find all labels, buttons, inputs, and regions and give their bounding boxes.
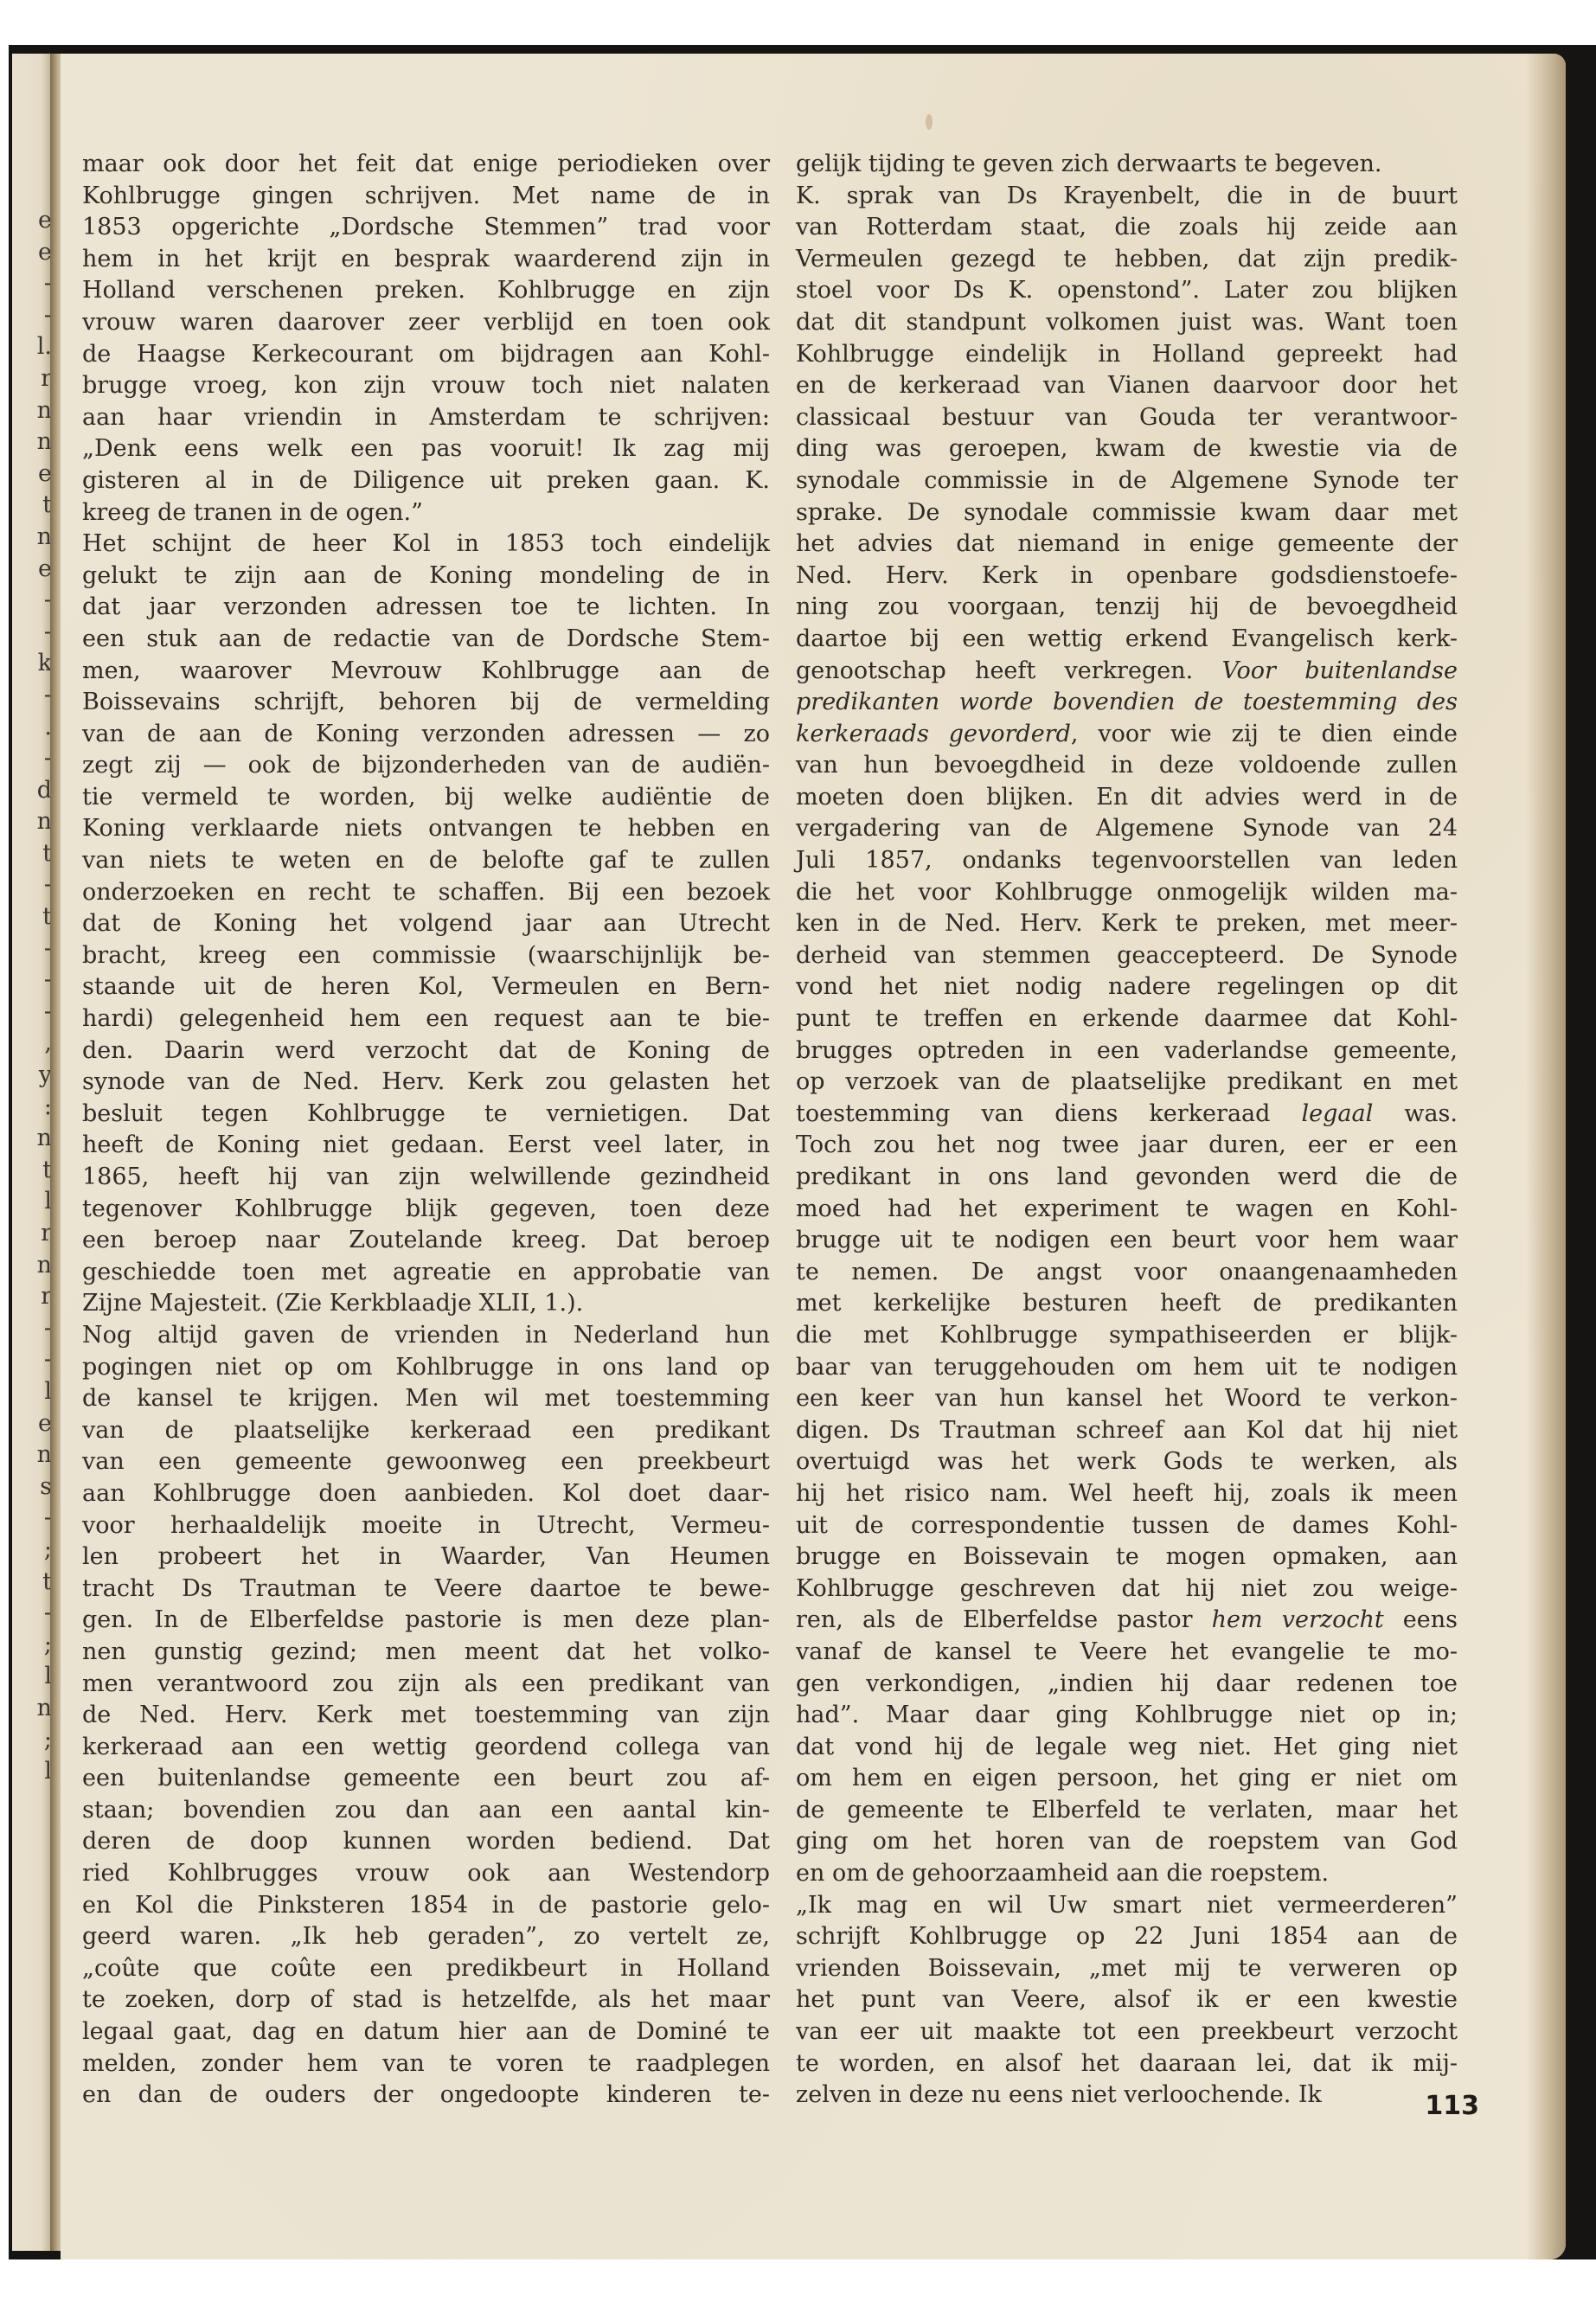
text-line: dat de Koning het volgend jaar aan Utrec…: [82, 908, 770, 940]
text-line-content: bracht, kreeg een commissie (waarschijnl…: [82, 942, 770, 969]
text-line-content: het punt van Veere, alsof ik er een kwes…: [796, 1986, 1458, 2013]
text-line-content: staan; bovendien zou dan aan een aantal …: [82, 1797, 770, 1823]
text-line-content: classicaal bestuur van Gouda ter verantw…: [796, 404, 1458, 431]
text-line: een stuk aan de redactie van de Dordsche…: [82, 624, 770, 656]
text-line-content: Toch zou het nog twee jaar duren, eer er…: [796, 1131, 1458, 1158]
text-line: en om de gehoorzaamheid aan die roepstem…: [796, 1858, 1458, 1890]
text-line: nen gunstig gezind; men meent dat het vo…: [82, 1637, 770, 1669]
text-line-content: van hun bevoegdheid in deze voldoende zu…: [796, 752, 1458, 779]
text-line: vergadering van de Algemene Synode van 2…: [796, 813, 1458, 845]
text-line-content: van de aan de Koning verzonden adressen …: [82, 721, 770, 747]
page-edge-shadow: [1526, 54, 1566, 2259]
text-line: dat dit standpunt volkomen juist was. Wa…: [796, 307, 1458, 339]
text-line-content: een buitenlandse gemeente een beurt zou …: [82, 1765, 770, 1791]
text-line-content: de Haagse Kerkecourant om bijdragen aan …: [82, 341, 770, 368]
text-line: overtuigd was het werk Gods te werken, a…: [796, 1446, 1458, 1478]
text-line-content: ging om het horen van de roepstem van Go…: [796, 1828, 1458, 1855]
text-line: de Haagse Kerkecourant om bijdragen aan …: [82, 339, 770, 371]
text-line: gelijk tijding te geven zich derwaarts t…: [796, 149, 1458, 181]
text-line: brugges optreden in een vaderlandse geme…: [796, 1035, 1458, 1067]
text-line-content: die met Kohlbrugge sympathiseerden er bl…: [796, 1322, 1458, 1349]
emphasis-text: hem verzocht: [1212, 1606, 1384, 1633]
text-line: kerkeraads gevorderd, voor wie zij te di…: [796, 719, 1458, 751]
text-line-content: synodale commissie in de Algemene Synode…: [796, 467, 1458, 494]
text-line-content: derheid van stemmen geaccepteerd. De Syn…: [796, 942, 1458, 969]
text-line-content: vrienden Boissevain, „met mij te verwere…: [796, 1955, 1458, 1982]
text-line: „coûte que coûte een predikbeurt in Holl…: [82, 1953, 770, 1985]
text-line: een keer van hun kansel het Woord te ver…: [796, 1383, 1458, 1415]
text-line-content: vergadering van de Algemene Synode van 2…: [796, 815, 1458, 842]
text-line: toestemming van diens kerkeraad legaal w…: [796, 1099, 1458, 1131]
text-line-content: besluit tegen Kohlbrugge te vernietigen.…: [82, 1100, 770, 1127]
text-line-content: tegenover Kohlbrugge blijk gegeven, toen…: [82, 1195, 770, 1222]
text-line: die het voor Kohlbrugge onmogelijk wilde…: [796, 877, 1458, 909]
text-line-content: van Rotterdam staat, die zoals hij zeide…: [796, 214, 1458, 240]
text-line: met kerkelijke besturen heeft de predika…: [796, 1288, 1458, 1320]
text-line-content: Kohlbrugge geschreven dat hij niet zou w…: [796, 1575, 1458, 1602]
text-line-content: brugge vroeg, kon zijn vrouw toch niet n…: [82, 372, 770, 399]
text-line-content: de gemeente te Elberfeld te verlaten, ma…: [796, 1797, 1458, 1823]
text-line: staan; bovendien zou dan aan een aantal …: [82, 1795, 770, 1827]
text-line-content: Kohlbrugge gingen schrijven. Met name de…: [82, 183, 770, 209]
text-line-content: ried Kohlbrugges vrouw ook aan Westendor…: [82, 1860, 770, 1887]
right-text-column: gelijk tijding te geven zich derwaarts t…: [796, 149, 1458, 2112]
text-line: van niets te weten en de belofte gaf te …: [82, 845, 770, 877]
text-line: uit de correspondentie tussen de dames K…: [796, 1510, 1458, 1542]
text-line: brugge vroeg, kon zijn vrouw toch niet n…: [82, 370, 770, 402]
text-line-content: predikant in ons land gevonden werd die …: [796, 1163, 1458, 1190]
text-line-content: „Ik mag en wil Uw smart niet vermeerdere…: [796, 1892, 1458, 1919]
text-line: van de plaatselijke kerkeraad een predik…: [82, 1415, 770, 1447]
text-line: gelukt te zijn aan de Koning mondeling d…: [82, 561, 770, 593]
text-line-content: gelukt te zijn aan de Koning mondeling d…: [82, 562, 770, 589]
text-line: een beroep naar Zoutelande kreeg. Dat be…: [82, 1225, 770, 1257]
text-line: sprake. De synodale commissie kwam daar …: [796, 497, 1458, 529]
text-line: men verantwoord zou zijn als een predika…: [82, 1669, 770, 1701]
text-line: heeft de Koning niet gedaan. Eerst veel …: [82, 1130, 770, 1162]
text-line: de kansel te krijgen. Men wil met toeste…: [82, 1383, 770, 1415]
text-line: schrijft Kohlbrugge op 22 Juni 1854 aan …: [796, 1921, 1458, 1953]
text-fragment: , voor wie zij te dien einde: [1071, 721, 1458, 747]
text-line: aan Kohlbrugge doen aanbieden. Kol doet …: [82, 1478, 770, 1510]
text-line: Zijne Majesteit. (Zie Kerkblaadje XLII, …: [82, 1288, 770, 1320]
text-line: Ned. Herv. Kerk in openbare godsdienstoe…: [796, 561, 1458, 593]
text-line: Het schijnt de heer Kol in 1853 toch ein…: [82, 529, 770, 561]
text-line-content: te nemen. De angst voor onaangenaamheden: [796, 1259, 1458, 1285]
text-line-content: gisteren al in de Diligence uit preken g…: [82, 467, 770, 494]
text-line: tracht Ds Trautman te Veere daartoe te b…: [82, 1574, 770, 1606]
text-line-content: Nog altijd gaven de vrienden in Nederlan…: [82, 1322, 770, 1349]
text-line: predikanten worde bovendien de toestemmi…: [796, 687, 1458, 719]
text-line-content: 1853 opgerichte „Dordsche Stemmen” trad …: [82, 214, 770, 240]
text-line-content: zegt zij — ook de bijzonderheden van de …: [82, 752, 770, 779]
text-line-content: deren de doop kunnen worden bediend. Dat: [82, 1828, 770, 1855]
text-line: predikant in ons land gevonden werd die …: [796, 1162, 1458, 1194]
text-line-content: pogingen niet op om Kohlbrugge in ons la…: [82, 1354, 770, 1381]
text-line: dat jaar verzonden adressen toe te licht…: [82, 592, 770, 624]
text-line: Kohlbrugge geschreven dat hij niet zou w…: [796, 1574, 1458, 1606]
text-line: bracht, kreeg een commissie (waarschijnl…: [82, 940, 770, 972]
text-line: synodale commissie in de Algemene Synode…: [796, 465, 1458, 497]
text-line-content: om hem en eigen persoon, het ging er nie…: [796, 1765, 1458, 1791]
text-line: het punt van Veere, alsof ik er een kwes…: [796, 1984, 1458, 2016]
text-line-content: len probeert het in Waarder, Van Heumen: [82, 1543, 770, 1570]
text-line: Boissevains schrijft, behoren bij de ver…: [82, 687, 770, 719]
text-line: stoel voor Ds K. openstond”. Later zou b…: [796, 275, 1458, 307]
text-line-content: geerd waren. „Ik heb geraden”, zo vertel…: [82, 1923, 770, 1950]
text-line-content: zelven in deze nu eens niet verloochende…: [796, 2081, 1322, 2108]
text-line-content: heeft de Koning niet gedaan. Eerst veel …: [82, 1131, 770, 1158]
text-line-content: punt te treffen en erkende daarmee dat K…: [796, 1005, 1458, 1032]
text-line-content: „coûte que coûte een predikbeurt in Holl…: [82, 1955, 770, 1982]
text-line-content: dat de Koning het volgend jaar aan Utrec…: [82, 910, 770, 937]
book-page: maar ook door het feit dat enige periodi…: [61, 54, 1566, 2259]
text-line: om hem en eigen persoon, het ging er nie…: [796, 1763, 1458, 1795]
text-line: legaal gaat, dag en datum hier aan de Do…: [82, 2016, 770, 2048]
text-fragment: eens: [1384, 1606, 1458, 1633]
text-line: 1865, heeft hij van zijn welwillende gez…: [82, 1162, 770, 1194]
text-line: zegt zij — ook de bijzonderheden van de …: [82, 750, 770, 782]
text-line-content: „Denk eens welk een pas vooruit! Ik zag …: [82, 435, 770, 462]
text-line: baar van teruggehouden om hem uit te nod…: [796, 1352, 1458, 1384]
text-line: maar ook door het feit dat enige periodi…: [82, 149, 770, 181]
text-line-content: brugges optreden in een vaderlandse geme…: [796, 1037, 1458, 1064]
text-line-content: gen verkondigen, „indien hij daar redene…: [796, 1670, 1458, 1697]
text-line: deren de doop kunnen worden bediend. Dat: [82, 1826, 770, 1858]
text-line-content: ning zou voorgaan, tenzij hij de bevoegd…: [796, 593, 1458, 620]
text-line-content: ding was geroepen, kwam de kwestie via d…: [796, 435, 1458, 462]
text-line-content: Boissevains schrijft, behoren bij de ver…: [82, 689, 770, 715]
text-line-content: Koning verklaarde niets ontvangen te heb…: [82, 815, 770, 842]
text-line: ken in de Ned. Herv. Kerk te preken, met…: [796, 908, 1458, 940]
text-line-content: toestemming van diens kerkeraad: [796, 1100, 1302, 1127]
text-line: dat vond hij de legale weg niet. Het gin…: [796, 1732, 1458, 1764]
text-line-content: brugge uit te nodigen een beurt voor hem…: [796, 1227, 1458, 1253]
facing-page-margin-fragments: e e - - l. r n n e t n e - - k - . - d n…: [26, 205, 52, 1788]
text-line-content: van een gemeente gewoonweg een preekbeur…: [82, 1448, 770, 1475]
text-line-content: men verantwoord zou zijn als een predika…: [82, 1670, 770, 1697]
text-line-content: en dan de ouders der ongedoopte kinderen…: [82, 2081, 770, 2108]
text-line: Juli 1857, ondanks tegenvoorstellen van …: [796, 845, 1458, 877]
text-line: gen verkondigen, „indien hij daar redene…: [796, 1669, 1458, 1701]
text-line: den. Daarin werd verzocht dat de Koning …: [82, 1035, 770, 1067]
text-line-content: vrouw waren daarover zeer verblijd en to…: [82, 309, 770, 336]
text-line: en Kol die Pinksteren 1854 in de pastori…: [82, 1890, 770, 1922]
text-line: men, waarover Mevrouw Kohlbrugge aan de: [82, 656, 770, 688]
text-line-content: legaal gaat, dag en datum hier aan de Do…: [82, 2018, 770, 2045]
text-line: vond het niet nodig nadere regelingen op…: [796, 971, 1458, 1003]
text-line-content: ren, als de Elberfeldse pastor: [796, 1606, 1212, 1633]
text-line-content: tracht Ds Trautman te Veere daartoe te b…: [82, 1575, 770, 1602]
text-line: K. sprak van Ds Krayenbelt, die in de bu…: [796, 181, 1458, 213]
text-line-content: vond het niet nodig nadere regelingen op…: [796, 973, 1458, 1000]
text-line: punt te treffen en erkende daarmee dat K…: [796, 1003, 1458, 1035]
text-line-content: met kerkelijke besturen heeft de predika…: [796, 1290, 1458, 1317]
text-line: tegenover Kohlbrugge blijk gegeven, toen…: [82, 1194, 770, 1226]
text-line: Toch zou het nog twee jaar duren, eer er…: [796, 1130, 1458, 1162]
text-line: tie vermeld te worden, bij welke audiënt…: [82, 782, 770, 814]
text-line-content: tie vermeld te worden, bij welke audiënt…: [82, 784, 770, 811]
text-line-content: den. Daarin werd verzocht dat de Koning …: [82, 1037, 770, 1064]
text-line: Vermeulen gezegd te hebben, dat zijn pre…: [796, 244, 1458, 276]
text-line: Kohlbrugge eindelijk in Holland gepreekt…: [796, 339, 1458, 371]
text-line-content: te worden, en alsof het daaraan lei, dat…: [796, 2050, 1458, 2077]
text-line: derheid van stemmen geaccepteerd. De Syn…: [796, 940, 1458, 972]
text-line: kerkeraad aan een wettig geordend colleg…: [82, 1732, 770, 1764]
text-line: melden, zonder hem van te voren te raadp…: [82, 2048, 770, 2080]
text-line: Nog altijd gaven de vrienden in Nederlan…: [82, 1320, 770, 1352]
text-line: op verzoek van de plaatselijke predikant…: [796, 1067, 1458, 1099]
text-line-content: en de kerkeraad van Vianen daarvoor door…: [796, 372, 1458, 399]
text-line-content: staande uit de heren Kol, Vermeulen en B…: [82, 973, 770, 1000]
text-line-content: het advies dat niemand in enige gemeente…: [796, 530, 1458, 557]
text-line: van hun bevoegdheid in deze voldoende zu…: [796, 750, 1458, 782]
text-line: ren, als de Elberfeldse pastor hem verzo…: [796, 1605, 1458, 1637]
text-line: brugge uit te nodigen een beurt voor hem…: [796, 1225, 1458, 1257]
text-line: moeten doen blijken. En dit advies werd …: [796, 782, 1458, 814]
emphasis-text: Voor buitenlandse: [1221, 657, 1458, 684]
text-line: en dan de ouders der ongedoopte kinderen…: [82, 2080, 770, 2112]
text-line-content: die het voor Kohlbrugge onmogelijk wilde…: [796, 879, 1458, 906]
text-line-content: men, waarover Mevrouw Kohlbrugge aan de: [82, 657, 770, 684]
text-line: had”. Maar daar ging Kohlbrugge niet op …: [796, 1700, 1458, 1732]
text-line-content: een beroep naar Zoutelande kreeg. Dat be…: [82, 1227, 770, 1253]
text-line-content: Zijne Majesteit. (Zie Kerkblaadje XLII, …: [82, 1290, 583, 1317]
text-line: ning zou voorgaan, tenzij hij de bevoegd…: [796, 592, 1458, 624]
text-line: te nemen. De angst voor onaangenaamheden: [796, 1257, 1458, 1289]
text-line-content: en om de gehoorzaamheid aan die roepstem…: [796, 1860, 1329, 1887]
text-line: besluit tegen Kohlbrugge te vernietigen.…: [82, 1099, 770, 1131]
text-line: te worden, en alsof het daaraan lei, dat…: [796, 2048, 1458, 2080]
page-number: 113: [1425, 2091, 1479, 2121]
text-line-content: Vermeulen gezegd te hebben, dat zijn pre…: [796, 246, 1458, 272]
text-line: kreeg de tranen in de ogen.”: [82, 497, 770, 529]
text-line-content: sprake. De synodale commissie kwam daar …: [796, 499, 1458, 526]
text-line-content: Kohlbrugge eindelijk in Holland gepreekt…: [796, 341, 1458, 368]
text-line-content: voor herhaaldelijk moeite in Utrecht, Ve…: [82, 1512, 770, 1539]
text-line-content: synode van de Ned. Herv. Kerk zou gelast…: [82, 1068, 770, 1095]
text-line-content: van eer uit maakte tot een preekbeurt ve…: [796, 2018, 1458, 2045]
text-line: „Ik mag en wil Uw smart niet vermeerdere…: [796, 1890, 1458, 1922]
text-line: van een gemeente gewoonweg een preekbeur…: [82, 1446, 770, 1478]
text-line-content: hardi) gelegenheid hem een request aan t…: [82, 1005, 770, 1032]
text-line: genootschap heeft verkregen. Voor buiten…: [796, 656, 1458, 688]
text-line: gisteren al in de Diligence uit preken g…: [82, 465, 770, 497]
text-line-content: en Kol die Pinksteren 1854 in de pastori…: [82, 1892, 770, 1919]
text-line: vrouw waren daarover zeer verblijd en to…: [82, 307, 770, 339]
text-line: ried Kohlbrugges vrouw ook aan Westendor…: [82, 1858, 770, 1890]
text-line-content: uit de correspondentie tussen de dames K…: [796, 1512, 1458, 1539]
text-line-content: op verzoek van de plaatselijke predikant…: [796, 1068, 1458, 1095]
text-line: „Denk eens welk een pas vooruit! Ik zag …: [82, 433, 770, 465]
text-line: voor herhaaldelijk moeite in Utrecht, Ve…: [82, 1510, 770, 1542]
text-line-content: onderzoeken en recht te schaffen. Bij ee…: [82, 879, 770, 906]
text-line-content: dat vond hij de legale weg niet. Het gin…: [796, 1734, 1458, 1760]
text-line-content: aan Kohlbrugge doen aanbieden. Kol doet …: [82, 1480, 770, 1507]
text-line: het advies dat niemand in enige gemeente…: [796, 529, 1458, 561]
text-line: aan haar vriendin in Amsterdam te schrij…: [82, 402, 770, 434]
text-line: vrienden Boissevain, „met mij te verwere…: [796, 1953, 1458, 1985]
text-line: ding was geroepen, kwam de kwestie via d…: [796, 433, 1458, 465]
text-line-content: hij het risico nam. Wel heeft hij, zoals…: [796, 1480, 1458, 1507]
text-line: pogingen niet op om Kohlbrugge in ons la…: [82, 1352, 770, 1384]
text-line: een buitenlandse gemeente een beurt zou …: [82, 1763, 770, 1795]
text-line-content: te zoeken, dorp of stad is hetzelfde, al…: [82, 1986, 770, 2013]
text-line: hem in het krijt en besprak waarderend z…: [82, 244, 770, 276]
text-line-content: digen. Ds Trautman schreef aan Kol dat h…: [796, 1417, 1458, 1444]
text-line-content: de kansel te krijgen. Men wil met toeste…: [82, 1385, 770, 1412]
text-line-content: Het schijnt de heer Kol in 1853 toch ein…: [82, 530, 770, 557]
text-line: 1853 opgerichte „Dordsche Stemmen” trad …: [82, 212, 770, 244]
text-line: digen. Ds Trautman schreef aan Kol dat h…: [796, 1415, 1458, 1447]
text-line: geerd waren. „Ik heb geraden”, zo vertel…: [82, 1921, 770, 1953]
text-line-content: had”. Maar daar ging Kohlbrugge niet op …: [796, 1702, 1458, 1728]
text-line-content: schrijft Kohlbrugge op 22 Juni 1854 aan …: [796, 1923, 1458, 1950]
text-line: van Rotterdam staat, die zoals hij zeide…: [796, 212, 1458, 244]
text-line: synode van de Ned. Herv. Kerk zou gelast…: [82, 1067, 770, 1099]
text-line-content: ken in de Ned. Herv. Kerk te preken, met…: [796, 910, 1458, 937]
text-line-content: baar van teruggehouden om hem uit te nod…: [796, 1354, 1458, 1381]
text-line-content: vanaf de kansel te Veere het evangelie t…: [796, 1638, 1458, 1665]
text-line-content: 1865, heeft hij van zijn welwillende gez…: [82, 1163, 770, 1190]
paper-stain: [926, 114, 933, 130]
text-line-content: moeten doen blijken. En dit advies werd …: [796, 784, 1458, 811]
text-line: en de kerkeraad van Vianen daarvoor door…: [796, 370, 1458, 402]
text-line: van eer uit maakte tot een preekbeurt ve…: [796, 2016, 1458, 2048]
text-line-content: van niets te weten en de belofte gaf te …: [82, 847, 770, 874]
text-line-content: aan haar vriendin in Amsterdam te schrij…: [82, 404, 770, 431]
text-line: Kohlbrugge gingen schrijven. Met name de…: [82, 181, 770, 213]
text-line-content: gelijk tijding te geven zich derwaarts t…: [796, 151, 1382, 177]
text-line: brugge en Boissevain te mogen opmaken, a…: [796, 1541, 1458, 1574]
text-fragment: was.: [1373, 1100, 1458, 1127]
text-line: die met Kohlbrugge sympathiseerden er bl…: [796, 1320, 1458, 1352]
text-line: geschiedde toen met agreatie en approbat…: [82, 1257, 770, 1289]
text-line-content: stoel voor Ds K. openstond”. Later zou b…: [796, 277, 1458, 304]
text-line-content: overtuigd was het werk Gods te werken, a…: [796, 1448, 1458, 1475]
text-line: ging om het horen van de roepstem van Go…: [796, 1826, 1458, 1858]
text-line: zelven in deze nu eens niet verloochende…: [796, 2080, 1458, 2112]
text-line-content: geschiedde toen met agreatie en approbat…: [82, 1259, 770, 1285]
text-line: Koning verklaarde niets ontvangen te heb…: [82, 813, 770, 845]
text-line-content: Holland verschenen preken. Kohlbrugge en…: [82, 277, 770, 304]
text-line: vanaf de kansel te Veere het evangelie t…: [796, 1637, 1458, 1669]
text-line: de Ned. Herv. Kerk met toestemming van z…: [82, 1700, 770, 1732]
text-line-content: de Ned. Herv. Kerk met toestemming van z…: [82, 1702, 770, 1728]
text-line-content: kerkeraads gevorderd: [796, 721, 1071, 747]
text-line-content: K. sprak van Ds Krayenbelt, die in de bu…: [796, 183, 1458, 209]
left-text-column: maar ook door het feit dat enige periodi…: [82, 149, 770, 2112]
text-line-content: predikanten worde bovendien de toestemmi…: [796, 689, 1458, 715]
text-line-content: daartoe bij een wettig erkend Evangelisc…: [796, 625, 1458, 652]
text-line-content: gen. In de Elberfeldse pastorie is men d…: [82, 1606, 770, 1633]
text-line-content: een keer van hun kansel het Woord te ver…: [796, 1385, 1458, 1412]
text-line-content: een stuk aan de redactie van de Dordsche…: [82, 625, 770, 652]
emphasis-text: legaal: [1302, 1100, 1374, 1127]
text-line: onderzoeken en recht te schaffen. Bij ee…: [82, 877, 770, 909]
text-line: staande uit de heren Kol, Vermeulen en B…: [82, 971, 770, 1003]
text-line: de gemeente te Elberfeld te verlaten, ma…: [796, 1795, 1458, 1827]
text-line-content: moed had het experiment te wagen en Kohl…: [796, 1195, 1458, 1222]
facing-page-edge: e e - - l. r n n e t n e - - k - . - d n…: [12, 54, 54, 2251]
text-line-content: nen gunstig gezind; men meent dat het vo…: [82, 1638, 770, 1665]
text-line: van de aan de Koning verzonden adressen …: [82, 719, 770, 751]
text-line-content: Juli 1857, ondanks tegenvoorstellen van …: [796, 847, 1458, 874]
text-line-content: genootschap heeft verkregen.: [796, 657, 1221, 684]
text-line-content: brugge en Boissevain te mogen opmaken, a…: [796, 1543, 1458, 1570]
text-line: te zoeken, dorp of stad is hetzelfde, al…: [82, 1984, 770, 2016]
text-line: hardi) gelegenheid hem een request aan t…: [82, 1003, 770, 1035]
text-line-content: melden, zonder hem van te voren te raadp…: [82, 2050, 770, 2077]
text-line-content: hem in het krijt en besprak waarderend z…: [82, 246, 770, 272]
text-line: daartoe bij een wettig erkend Evangelisc…: [796, 624, 1458, 656]
text-line-content: dat dit standpunt volkomen juist was. Wa…: [796, 309, 1458, 336]
text-line-content: kreeg de tranen in de ogen.”: [82, 499, 423, 526]
text-line-content: maar ook door het feit dat enige periodi…: [82, 151, 770, 177]
text-line: gen. In de Elberfeldse pastorie is men d…: [82, 1605, 770, 1637]
text-line: len probeert het in Waarder, Van Heumen: [82, 1541, 770, 1574]
text-line: moed had het experiment te wagen en Kohl…: [796, 1194, 1458, 1226]
text-line: hij het risico nam. Wel heeft hij, zoals…: [796, 1478, 1458, 1510]
text-line-content: van de plaatselijke kerkeraad een predik…: [82, 1417, 770, 1444]
text-line: Holland verschenen preken. Kohlbrugge en…: [82, 275, 770, 307]
text-line-content: kerkeraad aan een wettig geordend colleg…: [82, 1734, 770, 1760]
text-line: classicaal bestuur van Gouda ter verantw…: [796, 402, 1458, 434]
text-line-content: dat jaar verzonden adressen toe te licht…: [82, 593, 770, 620]
text-line-content: Ned. Herv. Kerk in openbare godsdienstoe…: [796, 562, 1458, 589]
